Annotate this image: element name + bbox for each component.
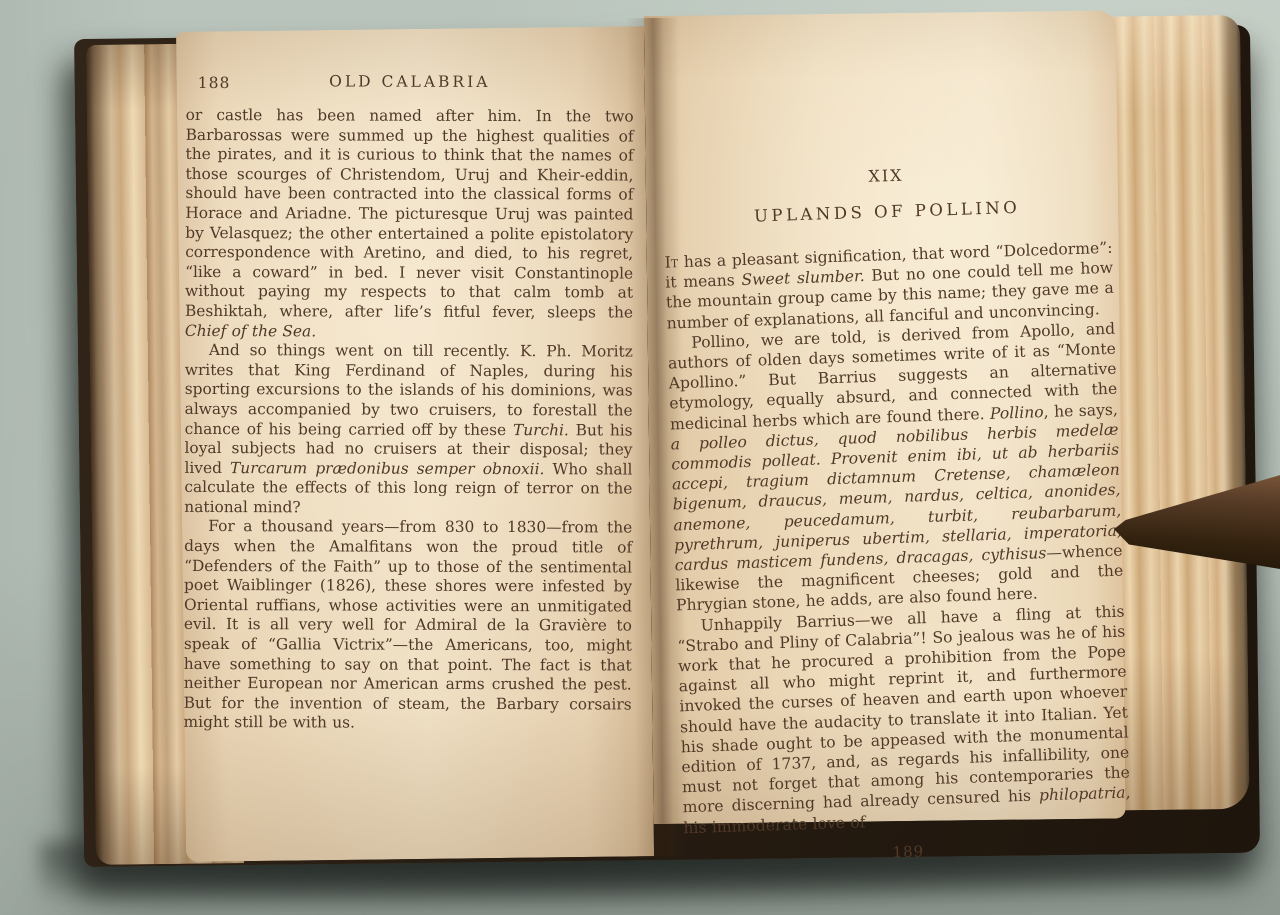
right-page-content: XIX UPLANDS OF POLLINO It has a pleasant… [646, 159, 1141, 869]
right-page-text: It has a pleasant signification, that wo… [664, 238, 1131, 838]
paragraph: It has a pleasant signification, that wo… [664, 238, 1114, 334]
page-header: 188 OLD CALABRIA [186, 74, 634, 98]
left-page-text: or castle has been named after him. In t… [184, 106, 634, 735]
desk-surface: 188 OLD CALABRIA or castle has been name… [0, 0, 1280, 915]
paragraph: Unhappily Barrius—we all have a fling at… [676, 601, 1131, 838]
open-book: 188 OLD CALABRIA or castle has been name… [50, 7, 1272, 874]
paragraph: Pollino, we are told, is derived from Ap… [667, 319, 1124, 617]
chapter-title: UPLANDS OF POLLINO [663, 195, 1111, 229]
paragraph: For a thousand years—from 830 to 1830—fr… [184, 517, 633, 734]
paragraph: And so things went on till recently. K. … [184, 341, 633, 519]
right-page: XIX UPLANDS OF POLLINO It has a pleasant… [644, 10, 1126, 824]
chapter-number: XIX [662, 159, 1110, 193]
gutter-shadow [626, 18, 688, 857]
left-page: 188 OLD CALABRIA or castle has been name… [176, 26, 654, 862]
paragraph: or castle has been named after him. In t… [185, 106, 634, 343]
running-header: OLD CALABRIA [186, 72, 634, 92]
left-page-content: 188 OLD CALABRIA or castle has been name… [174, 32, 644, 735]
